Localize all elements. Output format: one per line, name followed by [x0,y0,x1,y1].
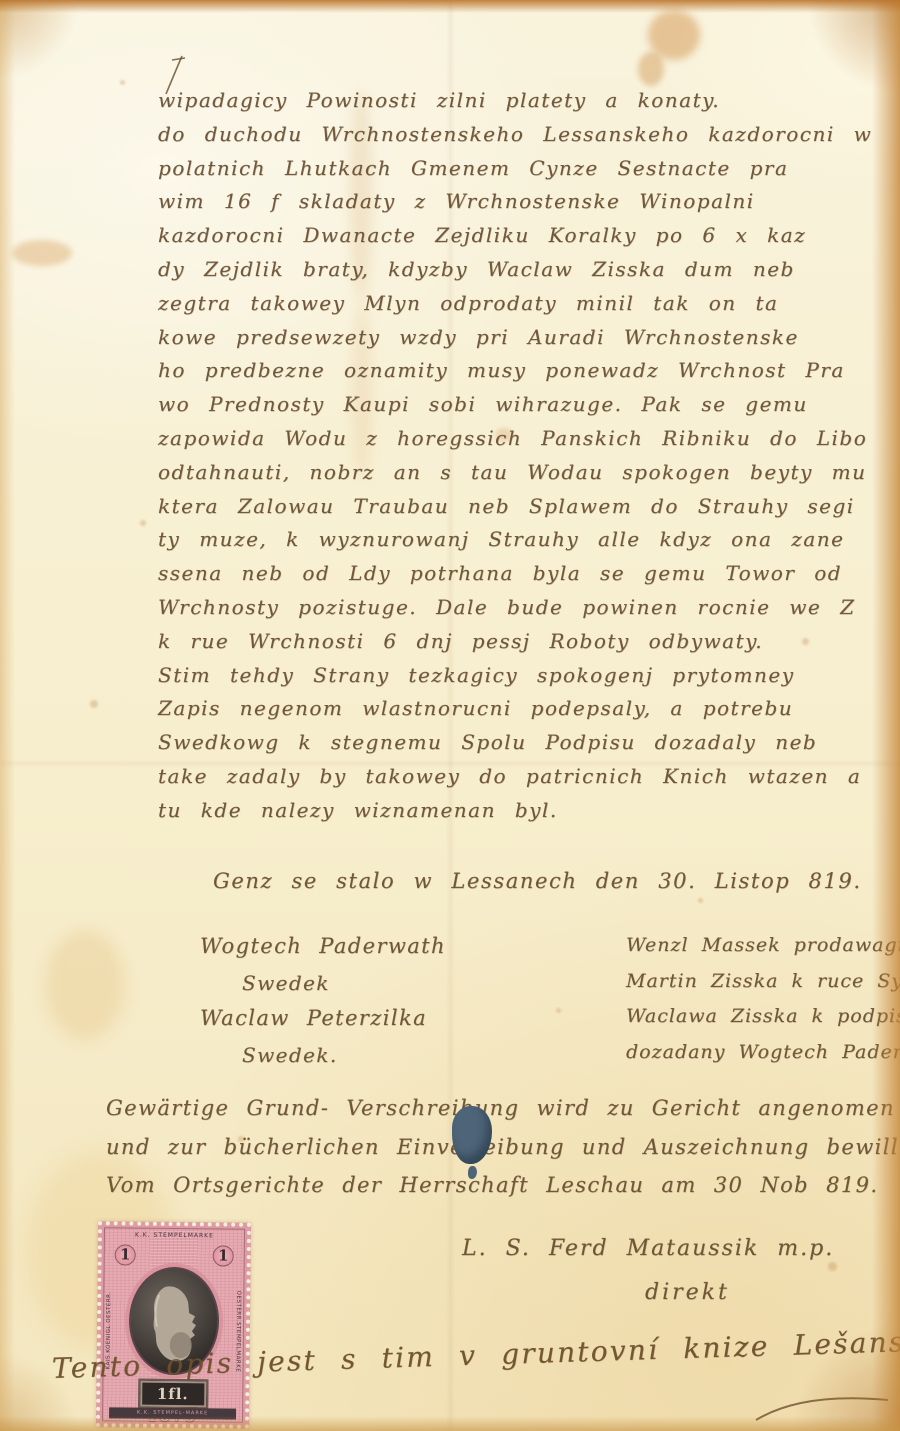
manuscript-line: kazdorocni Dwanacte Zejdliku Koralky po … [158,223,900,257]
court-note-line: Gewärtige Grund- Verschreibung wird zu G… [106,1096,900,1135]
manuscript-line: tu kde nalezy wiznamenan byl. [158,798,900,832]
stamp-numeral-right: 1 [213,1245,234,1266]
revenue-stamp: K.K. STEMPELMARKE 1 1 KAIS.KOENIGL.OESTE… [96,1221,251,1429]
manuscript-line: do duchodu Wrchnostenskeho Lessanskeho k… [158,122,900,156]
manuscript-line: k rue Wrchnosti 6 dnj pessj Roboty odbyw… [158,629,900,663]
paper-stain [45,930,125,1040]
party-signature-line: dozadany Wogtech Paderwath [626,1041,900,1077]
revenue-stamp-face: K.K. STEMPELMARKE 1 1 KAIS.KOENIGL.OESTE… [102,1227,245,1422]
manuscript-line: wo Prednosty Kaupi sobi wihrazuge. Pak s… [158,392,900,426]
paper-stain [12,240,72,266]
manuscript-line: take zadaly by takowey do patricnich Kni… [158,764,900,798]
paper-stain [648,10,700,60]
witness-name: Waclaw Peterzilka [200,1006,446,1043]
manuscript-line: dy Zejdlik braty, kdyzby Waclaw Zisska d… [158,257,900,291]
party-signature-line: Waclawa Zisska k podpisu [626,1005,900,1041]
manuscript-line: ty muze, k wyznurowanj Strauhy alle kdyz… [158,527,900,561]
party-signature-line: Wenzl Massek prodawagi [626,934,900,970]
manuscript-line: Wrchnosty pozistuge. Dale bude powinen r… [158,595,900,629]
court-note: Gewärtige Grund- Verschreibung wird zu G… [106,1096,900,1212]
manuscript-line: zapowida Wodu z horegssich Panskich Ribn… [158,426,900,460]
witness-name: Wogtech Paderwath [200,934,446,971]
witness-role: Swedek. [200,1043,446,1078]
manuscript-line: polatnich Lhutkach Gmenem Cynze Sestnact… [158,156,900,190]
party-signature-line: Martin Zisska k ruce Syna [626,970,900,1006]
manuscript-line: ho predbezne oznamity musy ponewadz Wrch… [158,358,900,392]
manuscript-line: Swedkowg k stegnemu Spolu Podpisu dozada… [158,730,900,764]
paper-speck [556,1008,561,1013]
manuscript-line: ktera Zalowau Traubau neb Splawem do Str… [158,494,900,528]
stamp-denomination-plaque: 1fl. [138,1379,208,1410]
official-signature: L. S. Ferd Mataussik m.p. [462,1236,834,1261]
official-title: direkt [645,1280,730,1305]
manuscript-line: Zapis negenom wlastnorucni podepsaly, a … [158,696,900,730]
scanned-document-page: wipadagicy Powinosti zilni platety a kon… [0,0,900,1431]
court-note-line: Vom Ortsgerichte der Herrschaft Leschau … [106,1173,900,1212]
manuscript-line: wim 16 f skladaty z Wrchnostenske Winopa… [158,189,900,223]
signature-flourish [752,1386,892,1430]
paper-stain [638,52,664,86]
manuscript-line: Stim tehdy Strany tezkagicy spokogenj pr… [158,663,900,697]
witness-signatures: Wogtech Paderwath Swedek Waclaw Peterzil… [200,934,446,1078]
manuscript-line: kowe predsewzety wzdy pri Auradi Wrchnos… [158,325,900,359]
date-line: Genz se stalo w Lessanech den 30. Listop… [213,869,862,893]
stamp-numeral-left: 1 [115,1244,136,1265]
court-note-line: und zur bücherlichen Einverleibung und A… [106,1135,900,1174]
party-signatures: Wenzl Massek prodawagiMartin Zisska k ru… [626,934,900,1076]
stamp-bottom-text: K.K. STEMPEL-MARKE [109,1407,236,1419]
manuscript-line: zegtra takowey Mlyn odprodaty minil tak … [158,291,900,325]
paper-speck [120,80,125,85]
paper-speck [698,898,703,903]
manuscript-body: wipadagicy Powinosti zilni platety a kon… [158,88,900,832]
manuscript-line: ssena neb od Ldy potrhana byla se gemu T… [158,561,900,595]
manuscript-line: odtahnauti, nobrz an s tau Wodau spokoge… [158,460,900,494]
paper-speck [90,700,98,708]
paper-speck [140,520,146,526]
stamp-top-text: K.K. STEMPELMARKE [105,1231,244,1239]
paper-speck [828,1262,837,1271]
manuscript-line: wipadagicy Powinosti zilni platety a kon… [158,88,900,122]
witness-role: Swedek [200,971,446,1006]
